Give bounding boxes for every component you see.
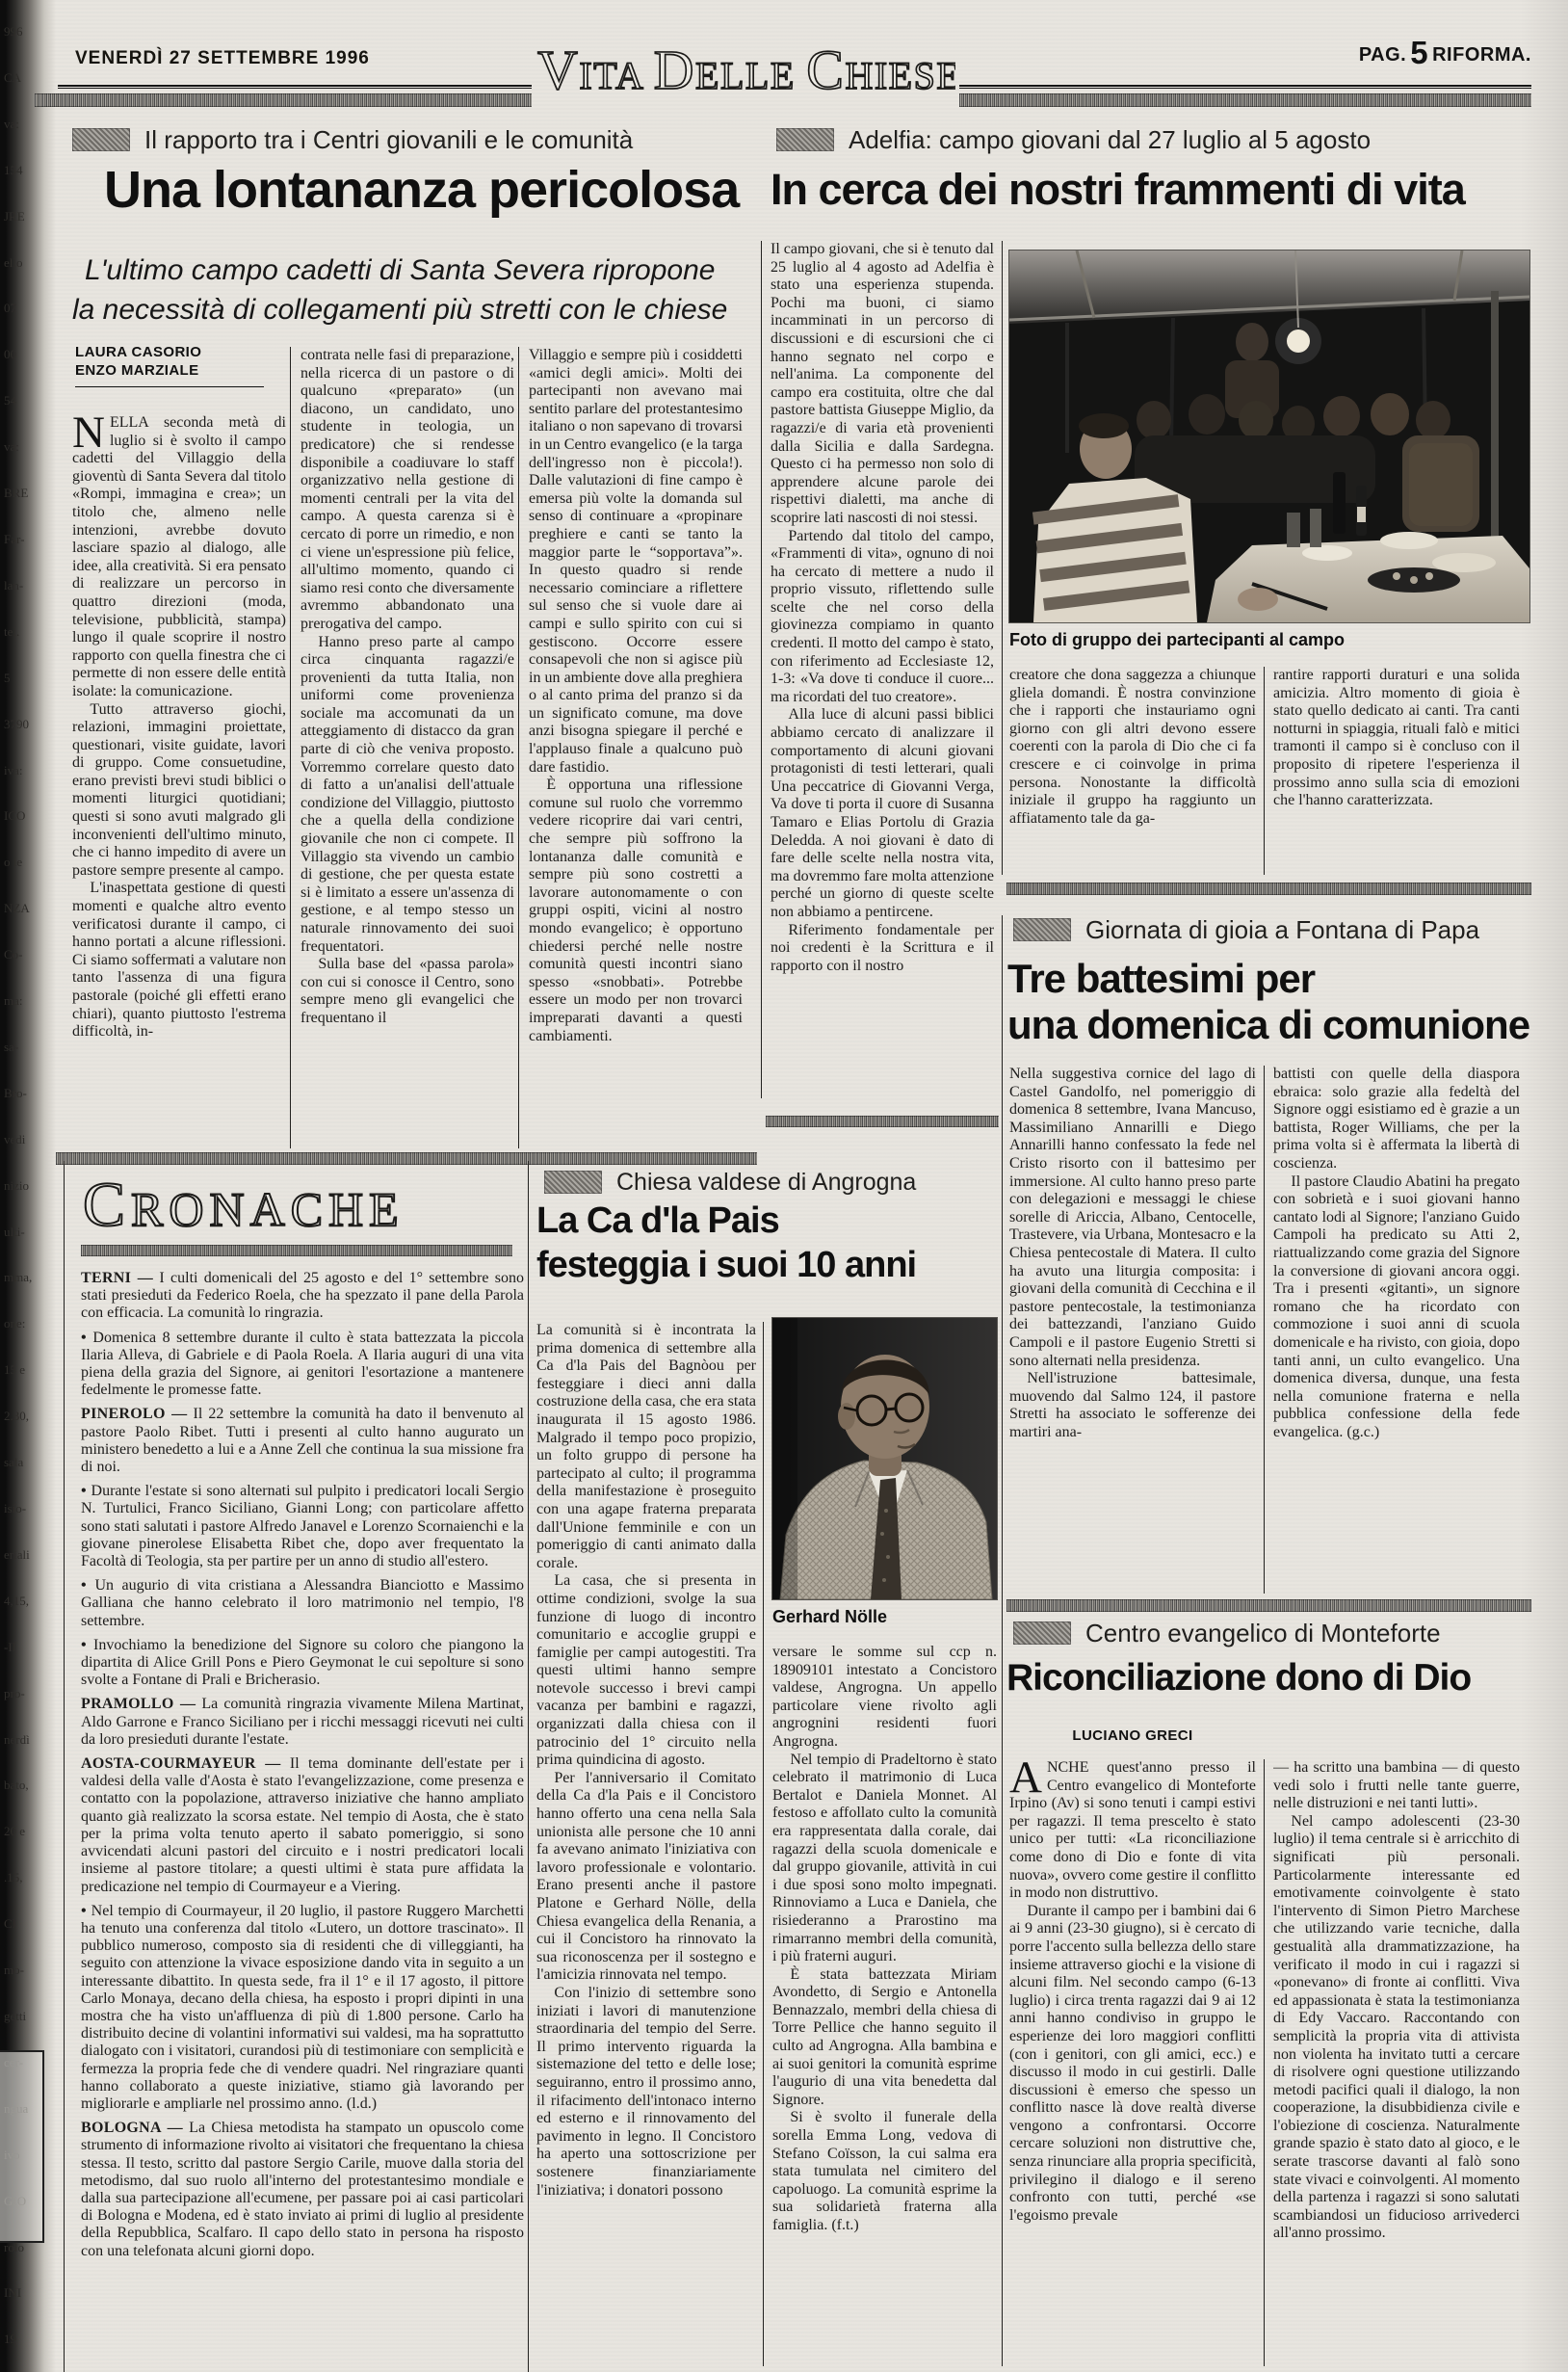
cronache-item-lead: • (81, 1330, 87, 1346)
cronache-item-lead: • (81, 1483, 87, 1499)
paragraph: Nel campo adolescenti (23-30 luglio) il … (1273, 1813, 1520, 2243)
headline-line: una domenica di comunione (1007, 1002, 1532, 1048)
cronache-item: BOLOGNA — La Chiesa metodista ha stampat… (81, 2120, 524, 2260)
kicker-adelfia: Adelfia: campo giovani dal 27 luglio al … (776, 125, 1371, 154)
paragraph: Il pastore Claudio Abatini ha pregato co… (1273, 1173, 1520, 1442)
margin-fragment: Far- (4, 533, 56, 546)
article-column: rantire rapporti duraturi e una solida a… (1273, 667, 1520, 875)
cronache-item-lead: BOLOGNA — (81, 2120, 183, 2136)
paragraph: Alla luce di alcuni passi biblici abbiam… (771, 706, 994, 921)
headline-line: La Ca d'la Pais (536, 1199, 989, 1243)
margin-fragment: 3790 (4, 718, 56, 731)
margin-fragment: bato, (4, 1779, 56, 1792)
paragraph: Nel tempio di Pradeltorno è stato celebr… (772, 1752, 997, 1966)
byline-distanza: LAURA CASORIO ENZO MARZIALE (75, 343, 264, 387)
margin-fragment: JRE (4, 210, 56, 224)
kicker-text: Il rapporto tra i Centri giovanili e le … (144, 125, 633, 154)
margin-fragment: 2.30, (4, 1410, 56, 1423)
article-column: Il campo giovani, che si è tenuto dal 25… (771, 241, 994, 1100)
cronache-item: TERNI — I culti domenicali del 25 agosto… (81, 1270, 524, 1323)
kicker-square-icon (1013, 918, 1071, 941)
cronache-item-lead: AOSTA-COURMAYEUR — (81, 1755, 281, 1772)
section-divider (1006, 883, 1531, 895)
paragraph: ANCHE quest'anno presso il Centro evange… (1009, 1759, 1256, 1903)
margin-fragment: 00 (4, 348, 56, 361)
kicker-square-icon (776, 128, 834, 151)
margin-fragment: ello (4, 256, 56, 270)
group-photo (1009, 250, 1529, 622)
kicker-distanza: Il rapporto tra i Centri giovanili e le … (72, 125, 633, 154)
margin-fragment: INI (4, 2286, 56, 2300)
margin-fragment: tel. (4, 625, 56, 639)
article-column: battisti con quelle della diaspora ebrai… (1273, 1066, 1520, 1594)
kicker-square-icon (544, 1171, 602, 1194)
column-rule (1264, 667, 1265, 875)
paragraph: Villaggio e sempre più i cosiddetti «ami… (529, 347, 743, 777)
cronache-initial: C (83, 1170, 131, 1240)
margin-fragment: 07 (4, 302, 56, 315)
section-border (528, 1161, 529, 2372)
margin-fragment: 4,15, (4, 1595, 56, 1608)
masthead-lettering: VITA DELLE CHIESE (536, 33, 955, 102)
cronache-item: • Un augurio di vita cristiana a Alessan… (81, 1577, 524, 1630)
margin-fragment: isio- (4, 1502, 56, 1515)
headline-monteforte: Riconciliazione dono di Dio (1006, 1657, 1531, 1700)
paragraph: creatore che dona saggezza a chiunque gl… (1009, 667, 1256, 828)
cronache-item: AOSTA-COURMAYEUR — Il tema dominante del… (81, 1755, 524, 1896)
margin-fragment: Co- (4, 948, 56, 962)
photo-caption: Foto di gruppo dei partecipanti al campo (1009, 630, 1529, 650)
svg-text:VITA DELLE CHIESE: VITA DELLE CHIESE (537, 39, 955, 101)
margin-fragment: o le (4, 856, 56, 869)
paragraph: È stata battezzata Miriam Avondetto, di … (772, 1966, 997, 2110)
kicker-text: Chiesa valdese di Angrogna (616, 1168, 916, 1197)
section-divider (766, 1116, 999, 1127)
margin-fragment: 5 (4, 672, 56, 685)
article-column: La comunità si è incontrata la prima dom… (536, 1322, 756, 2366)
kicker-square-icon (1013, 1621, 1071, 1645)
paragraph: È opportuna una riflessione comune sul r… (529, 777, 743, 1045)
article-column: Villaggio e sempre più i cosiddetti «ami… (529, 347, 743, 1148)
cronache-item-lead: • (81, 1577, 87, 1594)
cronache-item-text: Il tema dominante dell'estate per i vald… (81, 1755, 524, 1894)
cronache-item-lead: PRAMOLLO — (81, 1696, 196, 1712)
column-rule (1264, 1066, 1265, 1594)
margin-fragment: one: (4, 1317, 56, 1331)
svg-text:CRONACHE: CRONACHE (83, 1170, 405, 1240)
cronache-item: • Durante l'estate si sono alternati sul… (81, 1483, 524, 1570)
paragraph: Hanno preso parte al campo circa cinquan… (301, 634, 514, 957)
page-label: PAG. (1359, 44, 1406, 66)
paragraph: Sulla base del «passa parola» con cui si… (301, 956, 514, 1027)
paragraph: Tutto attraverso giochi, relazioni, imma… (72, 701, 286, 881)
margin-fragment: .15, (4, 1871, 56, 1884)
paragraph: Con l'inizio di settembre sono iniziati … (536, 1985, 756, 2200)
margin-fragment: 19 (4, 2332, 56, 2346)
paragraph: — ha scritto una bambina — di questo ved… (1273, 1759, 1520, 1813)
masthead-initial: D (654, 39, 695, 101)
article-column: Nella suggestiva cornice del lago di Cas… (1009, 1066, 1256, 1594)
cronache-item: PRAMOLLO — La comunità ringrazia vivamen… (81, 1696, 524, 1749)
cronache-body: TERNI — I culti domenicali del 25 agosto… (81, 1270, 524, 2364)
paragraph: Per l'anniversario il Comitato della Ca … (536, 1770, 756, 1985)
margin-fragment: lan- (4, 579, 56, 593)
section-border (64, 1161, 65, 2372)
header-band-right (959, 93, 1531, 107)
headline-pais: La Ca d'la Pais festeggia i suoi 10 anni (536, 1199, 989, 1287)
margin-fragment: eriali (4, 1548, 56, 1562)
article-column: ANCHE quest'anno presso il Centro evange… (1009, 1759, 1256, 2366)
paragraph: Nell'istruzione battesimale, muovendo da… (1009, 1370, 1256, 1441)
cronache-item: • Invochiamo la benedizione del Signore … (81, 1637, 524, 1690)
article-column: NELLA seconda metà di luglio si è svolto… (72, 414, 286, 1148)
kicker-text: Giornata di gioia a Fontana di Papa (1085, 915, 1479, 944)
margin-fragment: sa- (4, 1041, 56, 1054)
masthead-initial: V (537, 39, 579, 101)
column-rule (1002, 241, 1003, 875)
cronache-item-text: Invochiamo la benedizione del Signore su… (81, 1637, 524, 1688)
margin-fragment: vedi (4, 1133, 56, 1146)
margin-fragment: sala (4, 1456, 56, 1469)
cronache-item-text: La Chiesa metodista ha stampato un opusc… (81, 2120, 524, 2258)
cronache-item: PINEROLO — Il 22 settembre la comunità h… (81, 1406, 524, 1476)
margin-fragment: BRE (4, 487, 56, 500)
kicker-battesimi: Giornata di gioia a Fontana di Papa (1013, 915, 1479, 944)
paragraph: rantire rapporti duraturi e una solida a… (1273, 667, 1520, 810)
margin-fragment: 54 (4, 394, 56, 408)
subhead-distanza-2: la necessità di collegamenti più stretti… (72, 290, 727, 329)
headline-distanza: Una lontananza pericolosa (104, 162, 739, 218)
margin-fragment: mma, (4, 1271, 56, 1284)
cronache-item-text: Durante l'estate si sono alternati sul p… (81, 1483, 524, 1569)
paragraph: NELLA seconda metà di luglio si è svolto… (72, 414, 286, 701)
column-rule (761, 241, 762, 1098)
byline-monteforte: LUCIANO GRECI (1009, 1726, 1256, 1752)
issue-date: VENERDÌ 27 SETTEMBRE 1996 (75, 48, 370, 69)
kicker-text: Adelfia: campo giovani dal 27 luglio al … (849, 125, 1371, 154)
paragraph: Nella suggestiva cornice del lago di Cas… (1009, 1066, 1256, 1370)
cronache-item: • Nel tempio di Courmayeur, il 20 luglio… (81, 1903, 524, 2113)
paragraph: L'inaspettata gestione di questi momenti… (72, 880, 286, 1041)
column-rule (518, 347, 519, 1148)
page-info: PAG.5RIFORMA. (1233, 40, 1531, 67)
margin-fragment: va: (4, 440, 56, 454)
article-column: — ha scritto una bambina — di questo ved… (1273, 1759, 1520, 2366)
subhead-distanza-1: L'ultimo campo cadetti di Santa Severa r… (85, 250, 715, 290)
margin-fragment: pro- (4, 1687, 56, 1700)
margin-fragment: 154 (4, 164, 56, 177)
cronache-item: • Domenica 8 settembre durante il culto … (81, 1330, 524, 1400)
page-edge-box (0, 2050, 44, 2243)
column-rule (1002, 915, 1003, 2366)
paragraph: Durante il campo per i bambini dai 6 ai … (1009, 1903, 1256, 2226)
masthead: VITA DELLE CHIESE (536, 33, 955, 102)
paragraph: contrata nelle fasi di preparazione, nel… (301, 347, 514, 634)
cronache-item-text: Domenica 8 settembre durante il culto è … (81, 1330, 524, 1399)
margin-fragment: Bro- (4, 1087, 56, 1100)
margin-fragment: mo- (4, 1963, 56, 1977)
margin-fragment: ICO (4, 809, 56, 823)
article-column: versare le somme sul ccp n. 18909101 int… (772, 1644, 997, 2366)
section-divider (56, 1152, 757, 1165)
paragraph: La comunità si è incontrata la prima dom… (536, 1322, 756, 1572)
paragraph: battisti con quelle della diaspora ebrai… (1273, 1066, 1520, 1173)
kicker-monteforte: Centro evangelico di Monteforte (1013, 1619, 1441, 1647)
paragraph: Il campo giovani, che si è tenuto dal 25… (771, 241, 994, 528)
margin-fragment: iva: (4, 764, 56, 777)
byline-author: ENZO MARZIALE (75, 361, 264, 380)
margin-fragment: ma: (4, 994, 56, 1008)
cronache-title: CRONACHE (81, 1166, 466, 1241)
margin-fragment: 996 (4, 25, 56, 39)
section-divider (1006, 1599, 1531, 1612)
margin-fragment: CI (4, 1917, 56, 1931)
cronache-item-text: Un augurio di vita cristiana a Alessandr… (81, 1577, 524, 1628)
margin-fragment: CA (4, 71, 56, 85)
margin-fragment: 20 e (4, 1825, 56, 1838)
column-rule (290, 347, 291, 1148)
margin-fragment: 15 e (4, 1363, 56, 1377)
page-number: 5 (1406, 35, 1432, 70)
brand: RIFORMA. (1432, 44, 1531, 66)
page-left-edge: 996CAva:154JREello070054va:BREFar-lan-te… (0, 0, 56, 2372)
cronache-item-lead: • (81, 1903, 87, 1919)
column-rule (1264, 1759, 1265, 2366)
article-column: creatore che dona saggezza a chiunque gl… (1009, 667, 1256, 875)
header-rule-right (959, 85, 1531, 89)
paragraph: versare le somme sul ccp n. 18909101 int… (772, 1644, 997, 1752)
kicker-square-icon (72, 128, 130, 151)
paragraph: Si è svolto il funerale della sorella Em… (772, 2109, 997, 2234)
margin-fragment: -Il (4, 1641, 56, 1654)
cronache-item-text: Nel tempio di Courmayeur, il 20 luglio, … (81, 1903, 524, 2112)
newspaper-page: 996CAva:154JREello070054va:BREFar-lan-te… (0, 0, 1568, 2372)
article-column: contrata nelle fasi di preparazione, nel… (301, 347, 514, 1148)
paragraph: Partendo dal titolo del campo, «Framment… (771, 528, 994, 707)
headline-line: Tre battesimi per (1007, 956, 1532, 1002)
column-rule (763, 1322, 764, 2366)
byline-author: LAURA CASORIO (75, 343, 264, 361)
header-rule-left (58, 85, 532, 89)
section-divider (81, 1245, 512, 1256)
headline-adelfia: In cerca dei nostri frammenti di vita (771, 166, 1531, 214)
cronache-item-lead: TERNI — (81, 1270, 153, 1286)
photo-caption: Gerhard Nölle (772, 1607, 997, 1627)
margin-fragment: nerdì (4, 1733, 56, 1747)
headline-line: festeggia i suoi 10 anni (536, 1243, 989, 1287)
masthead-initial: C (806, 39, 845, 101)
kicker-text: Centro evangelico di Monteforte (1085, 1619, 1441, 1647)
margin-fragment: va: (4, 118, 56, 131)
margin-fragment: ulti- (4, 1226, 56, 1239)
margin-fragment: nizio (4, 1179, 56, 1193)
headline-battesimi: Tre battesimi per una domenica di comuni… (1007, 956, 1532, 1048)
cronache-item-lead: PINEROLO — (81, 1406, 187, 1422)
paragraph: Riferimento fondamentale per noi credent… (771, 922, 994, 976)
margin-fragment: getti (4, 2010, 56, 2023)
kicker-pais: Chiesa valdese di Angrogna (544, 1168, 916, 1197)
margin-fragment: NZA (4, 902, 56, 915)
paragraph: La casa, che si presenta in ottime condi… (536, 1572, 756, 1770)
portrait-photo (772, 1318, 997, 1599)
cronache-item-lead: • (81, 1637, 87, 1653)
header-band-left (35, 93, 532, 107)
